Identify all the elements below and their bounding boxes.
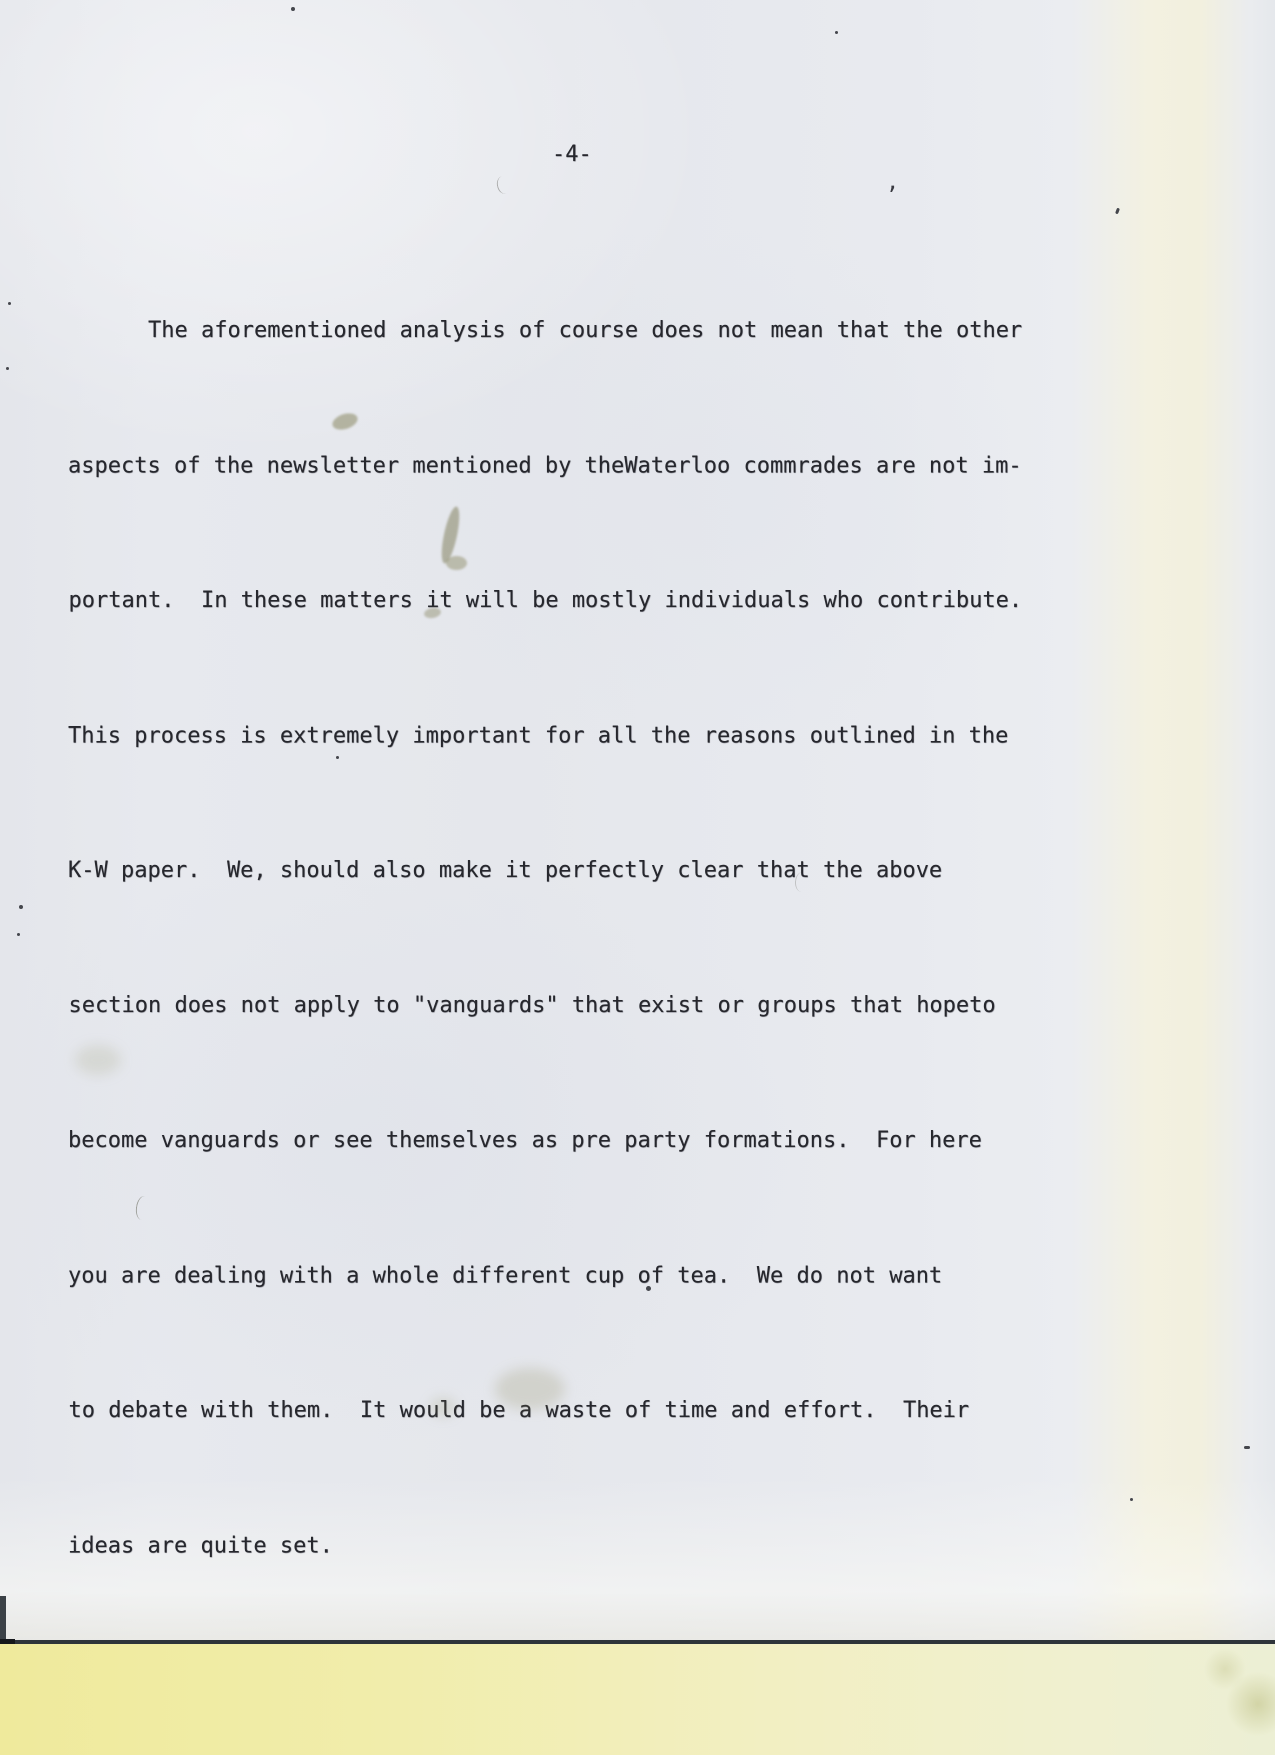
ink-speck	[835, 31, 838, 34]
stain-smudge	[430, 1398, 456, 1416]
stain-smudge	[75, 1045, 121, 1075]
stray-typed-mark: ,	[886, 170, 899, 195]
typewritten-line: portant. In these matters it will be mos…	[69, 578, 1149, 623]
ink-speck	[17, 933, 20, 936]
typewritten-line: become vanguards or see themselves as pr…	[68, 1118, 1148, 1163]
typewritten-line: ideas are quite set.	[68, 1524, 1148, 1569]
ink-speck	[646, 1286, 651, 1291]
page-number: -4-	[552, 142, 592, 167]
ink-speck	[291, 7, 295, 11]
ink-speck	[19, 905, 23, 909]
underlying-yellow-sheet	[0, 1644, 1275, 1755]
typewritten-line: you are dealing with a whole different c…	[68, 1254, 1148, 1299]
typewritten-line: This process is extremely important for …	[68, 714, 1148, 759]
scanned-document: -4- , The aforementioned analysis of cou…	[0, 0, 1275, 1755]
ink-speck	[336, 756, 339, 759]
page-edge-shadow	[0, 1596, 6, 1642]
ink-speck	[1130, 1498, 1133, 1501]
stain-smudge	[446, 556, 467, 570]
typewritten-line: section does not apply to "vanguards" th…	[69, 983, 1149, 1028]
typewritten-line: aspects of the newsletter mentioned by t…	[68, 444, 1148, 489]
typewritten-line: The aforementioned analysis of course do…	[68, 308, 1148, 353]
typed-paragraph: The aforementioned analysis of course do…	[68, 218, 1148, 1658]
ink-speck	[1244, 1446, 1250, 1449]
ink-speck	[8, 302, 11, 305]
ink-speck	[6, 367, 9, 370]
stain-smudge	[495, 1368, 565, 1410]
pencil-mark	[794, 872, 809, 893]
typewritten-line: to debate with them. It would be a waste…	[69, 1388, 1149, 1433]
typewritten-line: K-W paper. We, should also make it perfe…	[68, 848, 1148, 893]
